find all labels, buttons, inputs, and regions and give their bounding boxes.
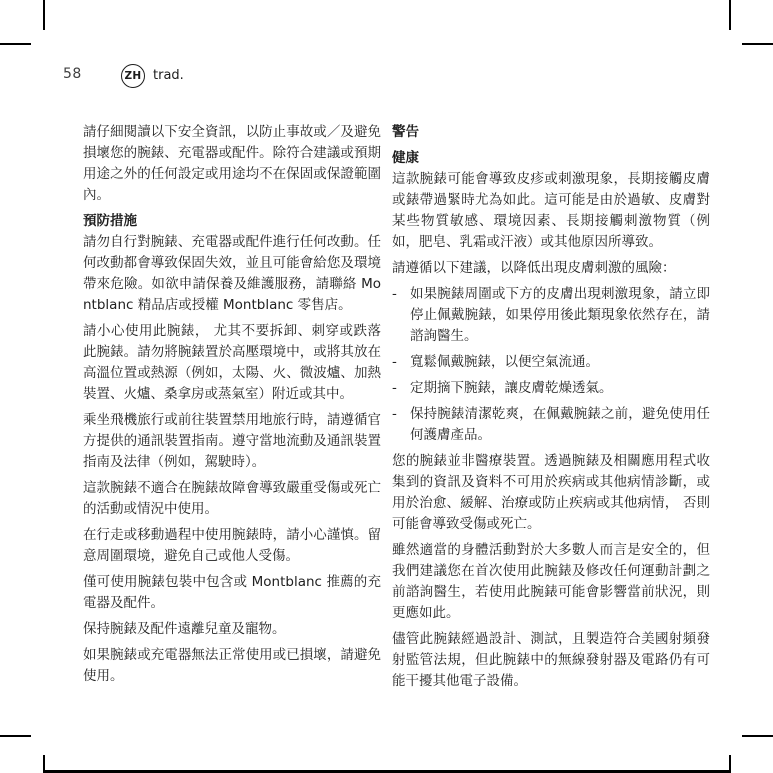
crop-mark-top-left-horizontal (0, 43, 31, 45)
bullet-text: 保持腕錶清潔乾爽，在佩戴腕錶之前，避免使用任何護膚產品。 (410, 404, 710, 446)
precautions-heading: 預防措施 (83, 211, 381, 232)
advice-bullet-item: - 保持腕錶清潔乾爽，在佩戴腕錶之前，避免使用任何護膚產品。 (392, 404, 710, 446)
rf-interference-paragraph: 儘管此腕錶經過設計、測試，且製造符合美國射頻發射監管法規，但此腕錶中的無線發射器… (392, 629, 710, 692)
bullet-text: 寬鬆佩戴腕錶，以便空氣流通。 (410, 352, 710, 373)
walking-caution-paragraph: 在行走或移動過程中使用腕錶時，請小心謹慎。留意周圍環境，避免自己或他人受傷。 (83, 525, 381, 567)
bullet-text: 定期摘下腕錶，讓皮膚乾燥透氣。 (410, 378, 710, 399)
language-variant-label: trad. (153, 68, 184, 83)
page-number: 58 (63, 66, 82, 82)
warning-heading: 警告 (392, 122, 710, 143)
precautions-paragraph: 請勿自行對腕錶、充電器或配件進行任何改動。任何改動都會導致保固失效，並且可能會給… (83, 232, 381, 316)
crop-mark-bottom-left-horizontal (0, 735, 31, 737)
language-badge-label: ZH (124, 70, 141, 82)
intro-paragraph: 請仔細閱讀以下安全資訊，以防止事故或／及避免損壞您的腕錶、充電器或配件。除符合建… (83, 122, 381, 206)
advice-bullet-item: - 定期摘下腕錶，讓皮膚乾燥透氣。 (392, 378, 710, 399)
physical-activity-paragraph: 雖然適當的身體活動對於大多數人而言是安全的，但我們建議您在首次使用此腕錶及修改任… (392, 540, 710, 624)
bullet-dash-marker: - (392, 284, 410, 347)
crop-mark-top-right-vertical (729, 0, 731, 30)
handling-paragraph: 請小心使用此腕錶， 尤其不要拆卸、刺穿或跌落此腕錶。請勿將腕錶置於高壓環境中，或… (83, 321, 381, 405)
health-intro-paragraph: 這款腕錶可能會導致皮疹或刺激現象，長期接觸皮膚或錶帶過緊時尤為如此。這可能是由於… (392, 169, 710, 253)
crop-mark-top-left-vertical (43, 0, 45, 30)
right-column: 警告 健康 這款腕錶可能會導致皮疹或刺激現象，長期接觸皮膚或錶帶過緊時尤為如此。… (392, 122, 710, 697)
bullet-text: 如果腕錶周圍或下方的皮膚出現刺激現象，請立即停止佩戴腕錶，如果停用後此類現象依然… (410, 284, 710, 347)
language-badge-icon: ZH (121, 64, 145, 88)
left-column: 請仔細閱讀以下安全資訊，以防止事故或／及避免損壞您的腕錶、充電器或配件。除符合建… (83, 122, 381, 692)
advice-bullet-item: - 如果腕錶周圍或下方的皮膚出現刺激現象，請立即停止佩戴腕錶，如果停用後此類現象… (392, 284, 710, 347)
unsuitable-use-paragraph: 這款腕錶不適合在腕錶故障會導致嚴重受傷或死亡的活動或情況中使用。 (83, 478, 381, 520)
manual-page: 58 ZH trad. 請仔細閱讀以下安全資訊，以防止事故或／及避免損壞您的腕錶… (0, 0, 773, 773)
advice-bullet-item: - 寬鬆佩戴腕錶，以便空氣流通。 (392, 352, 710, 373)
crop-mark-top-right-horizontal (742, 43, 773, 45)
bullet-dash-marker: - (392, 404, 410, 446)
not-medical-device-paragraph: 您的腕錶並非醫療裝置。透過腕錶及相關應用程式收集到的資訊及資料不可用於疾病或其他… (392, 451, 710, 535)
damaged-device-paragraph: 如果腕錶或充電器無法正常使用或已損壞，請避免使用。 (83, 645, 381, 687)
bullet-dash-marker: - (392, 352, 410, 373)
charger-accessories-paragraph: 僅可使用腕錶包裝中包含或 Montblanc 推薦的充電器及配件。 (83, 572, 381, 614)
children-pets-paragraph: 保持腕錶及配件遠離兒童及寵物。 (83, 619, 381, 640)
crop-mark-bottom-right-horizontal (742, 735, 773, 737)
advice-lead-paragraph: 請遵循以下建議，以降低出現皮膚刺激的風險： (392, 258, 710, 279)
health-heading: 健康 (392, 148, 710, 169)
travel-paragraph: 乘坐飛機旅行或前往裝置禁用地旅行時，請遵循官方提供的通訊裝置指南。遵守當地流動及… (83, 410, 381, 473)
bullet-dash-marker: - (392, 378, 410, 399)
